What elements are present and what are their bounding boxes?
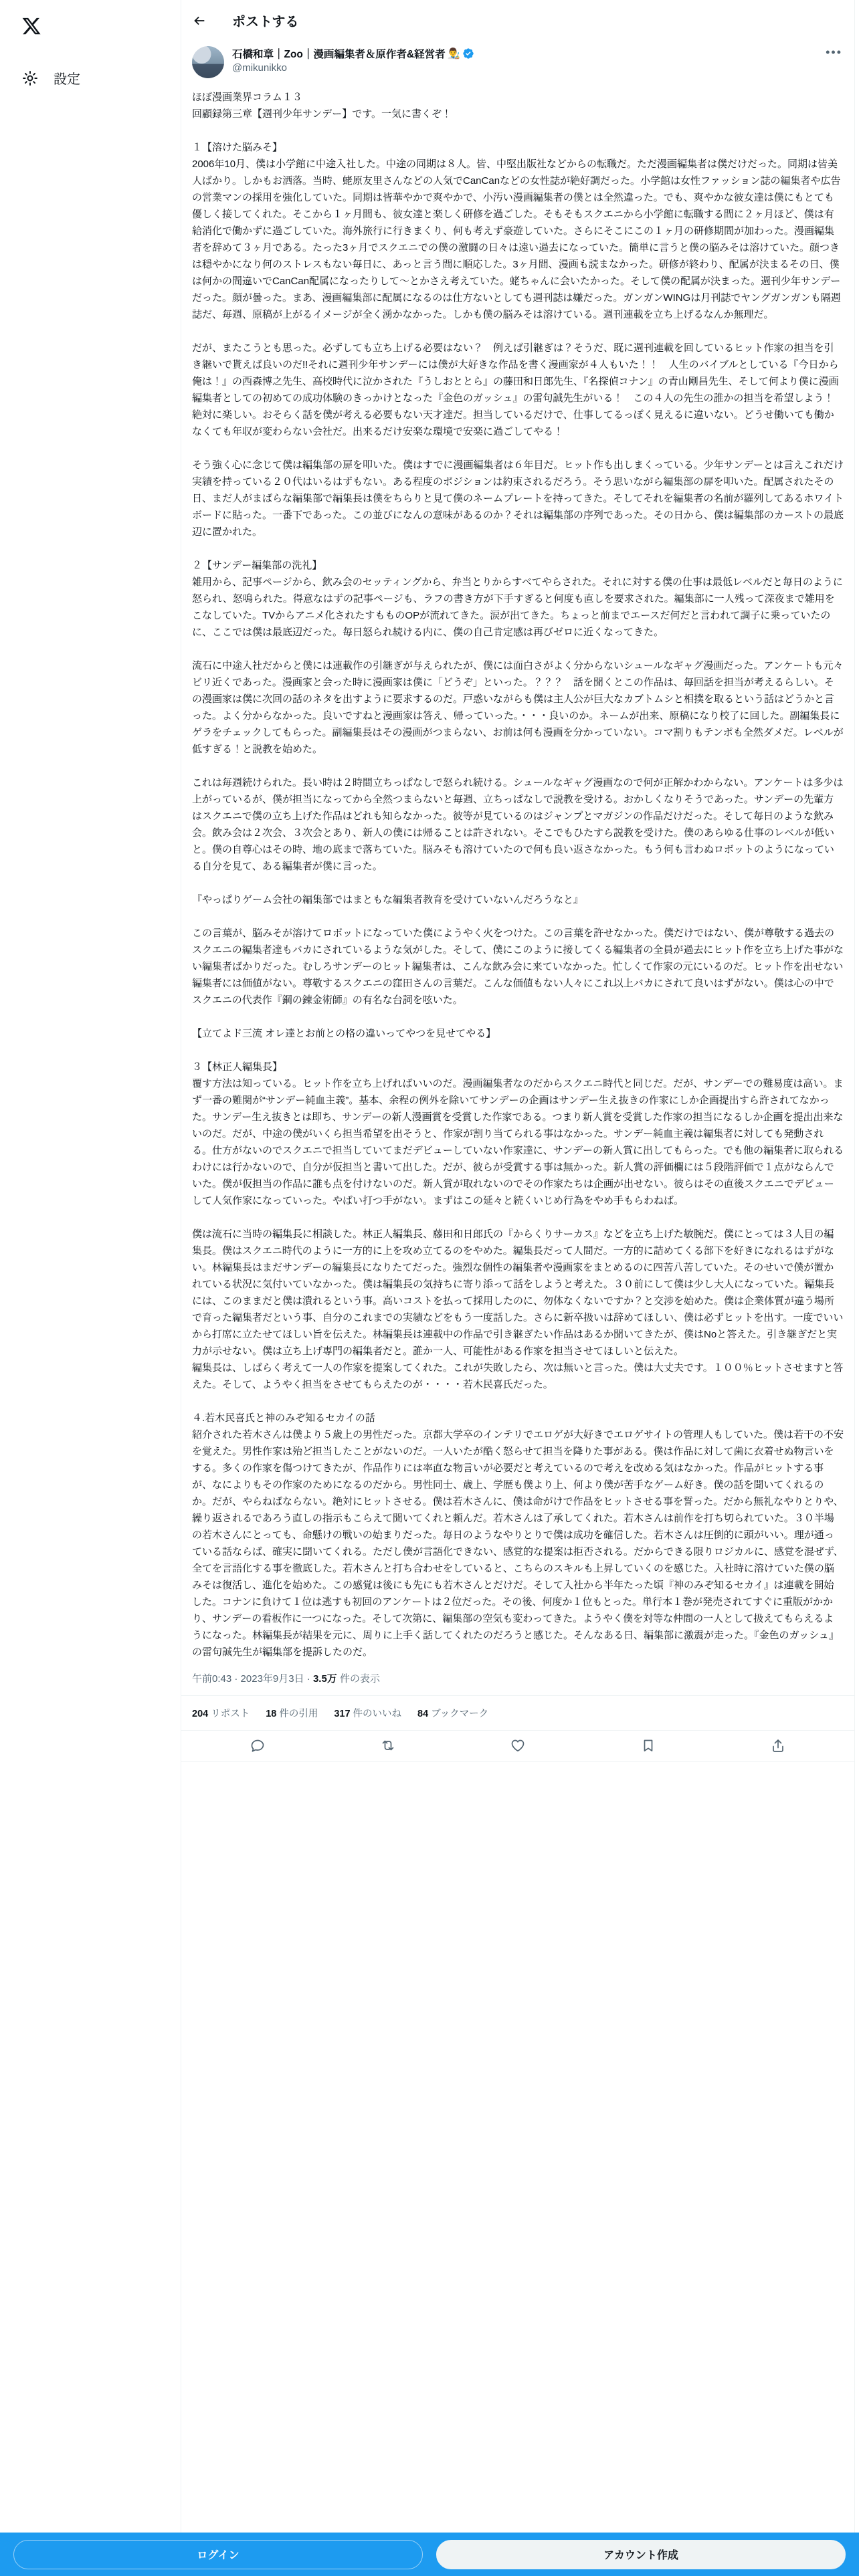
reply-icon — [250, 1737, 266, 1753]
create-account-button[interactable]: アカウント作成 — [436, 2540, 846, 2569]
bookmark-button[interactable] — [640, 1737, 656, 1753]
artist-emoji: 👨‍🎨 — [448, 47, 460, 60]
bookmark-icon — [640, 1737, 656, 1753]
gear-icon — [21, 70, 39, 87]
action-bar — [181, 1731, 854, 1762]
post-date: 2023年9月3日 — [241, 1673, 304, 1685]
back-arrow-icon[interactable] — [192, 13, 207, 28]
sidebar-settings-label: 設定 — [54, 68, 80, 88]
post-body-text: ほぼ漫画業界コラム１３ 回顧録第三章【週刊少年サンデー】です。一気に書くぞ！ １… — [181, 81, 854, 1660]
heart-icon — [510, 1737, 526, 1753]
views-label: 件の表示 — [340, 1673, 380, 1685]
sidebar: 設定 — [0, 0, 180, 2576]
avatar[interactable] — [192, 46, 224, 78]
engagement-stats-row: 204リポスト 18件の引用 317件のいいね 84ブックマーク — [181, 1696, 854, 1731]
signup-bottom-bar: ログイン アカウント作成 — [0, 2533, 859, 2576]
x-logo-icon — [21, 16, 41, 36]
repost-count[interactable]: 204リポスト — [192, 1706, 250, 1720]
page-title: ポストする — [232, 11, 298, 30]
author-block[interactable]: 石橋和章｜Zoo｜漫画編集者＆原作者&経営者 👨‍🎨 @mikunikko — [232, 46, 474, 74]
dot-separator: · — [307, 1673, 313, 1685]
share-button[interactable] — [770, 1737, 786, 1753]
repost-icon — [380, 1737, 396, 1753]
x-logo[interactable] — [20, 15, 43, 37]
post-header: 石橋和章｜Zoo｜漫画編集者＆原作者&経営者 👨‍🎨 @mikunikko ••… — [181, 37, 854, 81]
bookmark-count[interactable]: 84ブックマーク — [417, 1706, 488, 1720]
page-header: ポストする — [181, 0, 854, 37]
views-count: 3.5万 — [313, 1673, 337, 1685]
repost-button[interactable] — [380, 1737, 396, 1753]
timestamp-row: 午前0:43 · 2023年9月3日 · 3.5万 件の表示 — [181, 1660, 854, 1696]
verified-badge-icon — [462, 47, 474, 60]
author-name-row: 石橋和章｜Zoo｜漫画編集者＆原作者&経営者 👨‍🎨 — [232, 46, 474, 61]
page: 設定 ポストする 石橋和章｜Zoo｜漫画編集者＆原作者&経営者 👨‍🎨 @mik… — [0, 0, 859, 2576]
post-time: 午前0:43 — [192, 1673, 231, 1685]
quote-count[interactable]: 18件の引用 — [266, 1706, 318, 1720]
reply-button[interactable] — [250, 1737, 266, 1753]
share-icon — [770, 1737, 786, 1753]
login-button[interactable]: ログイン — [13, 2540, 423, 2569]
author-handle: @mikunikko — [232, 62, 474, 74]
author-name: 石橋和章｜Zoo｜漫画編集者＆原作者&経営者 — [232, 46, 446, 61]
main-column: ポストする 石橋和章｜Zoo｜漫画編集者＆原作者&経営者 👨‍🎨 @mikuni… — [181, 0, 855, 2533]
like-count[interactable]: 317件のいいね — [334, 1706, 401, 1720]
sidebar-item-settings[interactable]: 設定 — [21, 68, 180, 88]
dot-separator: · — [234, 1673, 240, 1685]
like-button[interactable] — [510, 1737, 526, 1753]
more-menu-icon[interactable]: ••• — [824, 46, 844, 58]
